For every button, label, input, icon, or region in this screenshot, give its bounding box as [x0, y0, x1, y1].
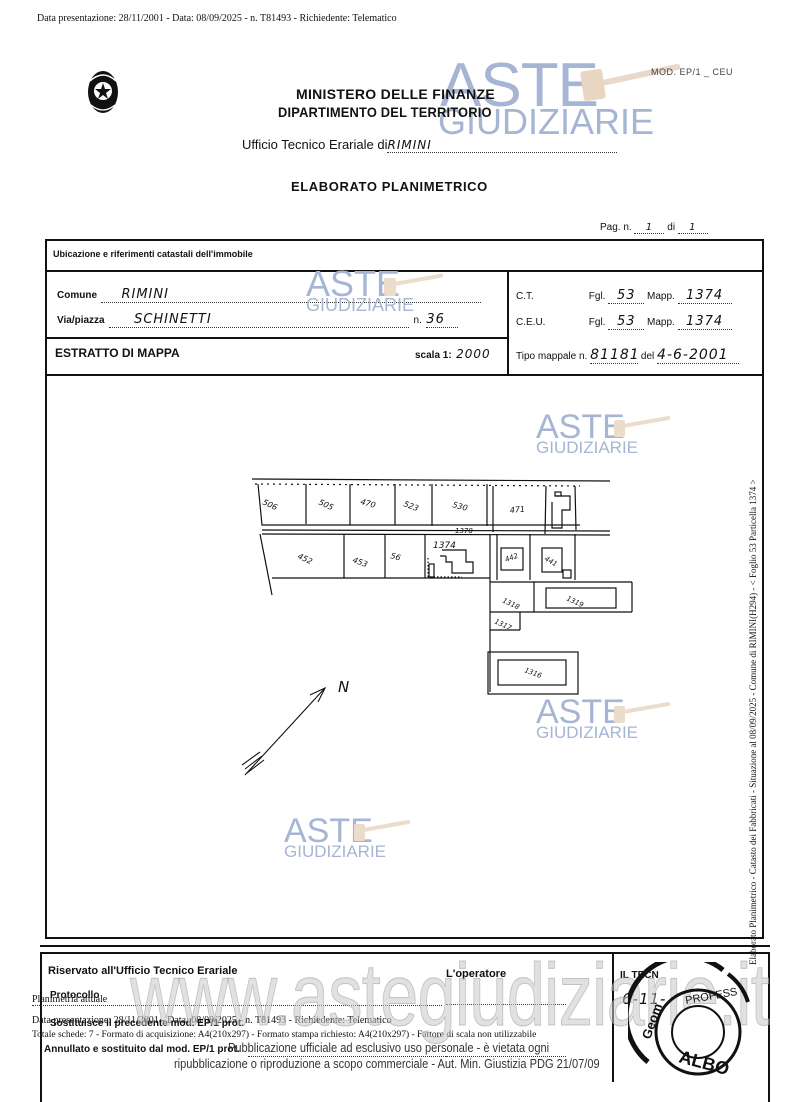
page-of-label: di [667, 222, 675, 233]
ministry-title: MINISTERO DELLE FINANZE [296, 86, 495, 102]
page-label: Pag. n. [600, 222, 632, 233]
north-arrow-icon [242, 688, 325, 775]
professional-stamp-icon: Geom PROFESS ALBO [628, 962, 758, 1082]
ct-label: C.T. [516, 291, 586, 302]
parcel-label-subject: 1374 [433, 541, 456, 551]
parcel-label: 506 [261, 498, 279, 513]
divider [45, 337, 507, 339]
office-value: RIMINI [387, 138, 617, 153]
tipo-label: Tipo mappale n. [516, 351, 587, 362]
tipo-mappale-field: Tipo mappale n. 81181 del 4-6-2001 [516, 347, 739, 364]
publication-notice-line1: Pubblicazione ufficiale ad esclusivo uso… [228, 1040, 549, 1055]
tipo-value: 81181 [590, 347, 638, 364]
italian-republic-emblem-icon [86, 67, 120, 117]
ceu-fgl-label: Fgl. [589, 317, 606, 328]
scale-label: scala 1: [415, 350, 452, 361]
divider [507, 271, 509, 375]
divider [45, 374, 764, 376]
tipo-date-label: del [641, 351, 654, 362]
page-number: 1 [634, 222, 664, 234]
map-extract-label: ESTRATTO DI MAPPA [55, 346, 180, 360]
submission-info: Data presentazione: 28/11/2001 - Data: 0… [37, 13, 397, 24]
cadastral-map: 506 505 470 523 530 471 1378 452 453 56 … [200, 470, 650, 790]
parcel-label: 452 [296, 552, 314, 567]
street-field: Via/piazza SCHINETTI n. 36 [57, 310, 502, 328]
parcel-label: 470 [359, 497, 376, 510]
gavel-icon [352, 818, 412, 846]
location-section-title: Ubicazione e riferimenti catastali dell'… [53, 249, 253, 259]
ceu-field: C.E.U. Fgl. 53 Mapp. 1374 [516, 314, 732, 330]
ct-fgl-label: Fgl. [589, 291, 606, 302]
ceu-label: C.E.U. [516, 317, 586, 328]
scale-value: 2000 [456, 347, 491, 361]
ct-field: C.T. Fgl. 53 Mapp. 1374 [516, 288, 732, 304]
parcel-label: 56 [389, 551, 401, 562]
document-title: ELABORATO PLANIMETRICO [291, 179, 488, 194]
side-caption: Elaborato Planimetrico - Catasto dei Fab… [748, 479, 758, 965]
form-code: MOD. EP/1 _ CEU [651, 67, 733, 77]
parcel-label: 523 [402, 499, 419, 513]
page-indicator: Pag. n. 1 di 1 [600, 222, 708, 234]
parcel-label: 1319 [565, 595, 585, 610]
ct-mapp-value: 1374 [678, 288, 732, 304]
department-title: DIPARTIMENTO DEL TERRITORIO [278, 104, 492, 120]
civic-label: n. [414, 315, 422, 326]
comune-label: Comune [57, 290, 97, 301]
parcel-label: 442 [504, 552, 520, 564]
parcel-label: 1318 [501, 597, 521, 612]
gavel-icon [612, 700, 672, 728]
page-total: 1 [678, 222, 708, 234]
scale-field: scala 1: 2000 [415, 345, 491, 363]
ceu-fgl-value: 53 [608, 314, 644, 330]
parcel-label: 441 [543, 555, 559, 569]
parcel-label: 1316 [523, 666, 543, 680]
ceu-mapp-value: 1374 [678, 314, 732, 330]
street-label: Via/piazza [57, 315, 105, 326]
office-label: Ufficio Tecnico Erariale di [242, 137, 387, 152]
north-label: N [338, 678, 349, 696]
parcel-label: 453 [351, 555, 368, 569]
gavel-icon [612, 414, 672, 442]
parcel-label: 471 [509, 505, 525, 515]
parcel-label: 530 [451, 500, 468, 513]
gavel-icon [382, 272, 446, 302]
svg-text:Geom: Geom [639, 1001, 666, 1041]
office-field: Ufficio Tecnico Erariale diRIMINI [242, 137, 617, 153]
road-label: 1378 [455, 527, 473, 535]
ceu-mapp-label: Mapp. [647, 317, 675, 328]
publication-notice-line2: ripubblicazione o riproduzione a scopo c… [174, 1056, 600, 1071]
ct-mapp-label: Mapp. [647, 291, 675, 302]
ct-fgl-value: 53 [608, 288, 644, 304]
civic-value: 36 [426, 312, 458, 328]
tipo-date-value: 4-6-2001 [657, 347, 739, 364]
parcel-label: 505 [317, 498, 335, 513]
